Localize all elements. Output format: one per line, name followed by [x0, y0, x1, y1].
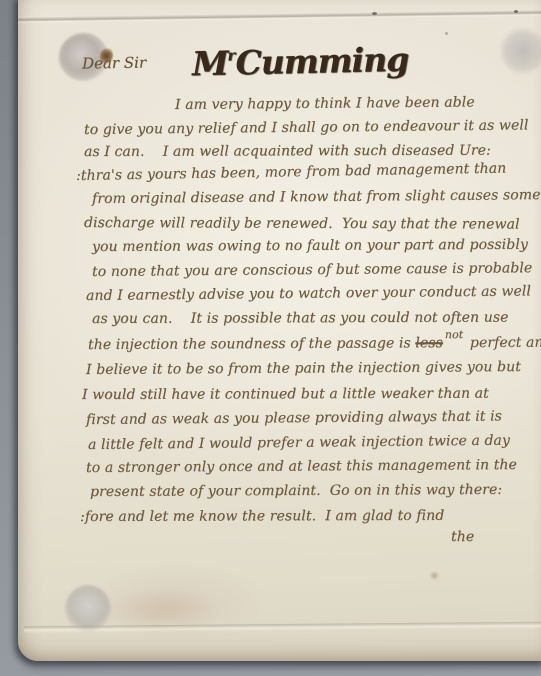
catchword: the — [451, 529, 474, 546]
struck-word: less — [415, 335, 443, 351]
line-text-after: perfect and — [465, 335, 541, 351]
inserted-word: not — [445, 328, 464, 341]
letter-line: present state of your complaint. Go on i… — [90, 482, 502, 501]
letter-line-with-emendation: the injection the soundness of the passa… — [88, 335, 541, 354]
letter-line: I am very happy to think I have been abl… — [175, 94, 475, 113]
letter-line: to a stronger only once and at least thi… — [86, 457, 517, 477]
letter-line: as you can. It is possible that as you c… — [92, 310, 509, 328]
letter-line: discharge will readily be renewed. You s… — [84, 215, 520, 233]
letter-line: :thra's as yours has been, more from bad… — [76, 160, 507, 184]
letter-line: and I earnestly advise you to watch over… — [86, 283, 531, 304]
addressee-prefix: M — [192, 44, 228, 84]
letter-line: a little felt and I would prefer a weak … — [88, 433, 510, 454]
letter-line: to none that you are conscious of but so… — [92, 260, 532, 281]
addressee-surname: Cumming — [235, 40, 408, 83]
letter-body: Dear Sir MrCumming I am very happy to th… — [0, 0, 541, 676]
letter-line: as I can. I am well acquainted with such… — [84, 143, 491, 161]
salutation: Dear Sir — [82, 53, 146, 72]
letter-line: I would still have it continued but a li… — [82, 386, 489, 404]
letter-line: you mention was owing to no fault on you… — [92, 237, 528, 256]
scanned-letter-page: Dear Sir MrCumming I am very happy to th… — [0, 0, 541, 676]
letter-line: to give you any relief and I shall go on… — [84, 117, 529, 138]
letter-line: :fore and let me know the result. I am g… — [80, 508, 444, 526]
letter-line: from original disease and I know that fr… — [92, 187, 541, 208]
addressee-heading: MrCumming — [192, 40, 409, 84]
letter-line: I believe it to be so from the pain the … — [86, 359, 521, 379]
line-text-before: the injection the soundness of the passa… — [88, 335, 415, 353]
letter-line: first and as weak as you please providin… — [86, 408, 502, 428]
